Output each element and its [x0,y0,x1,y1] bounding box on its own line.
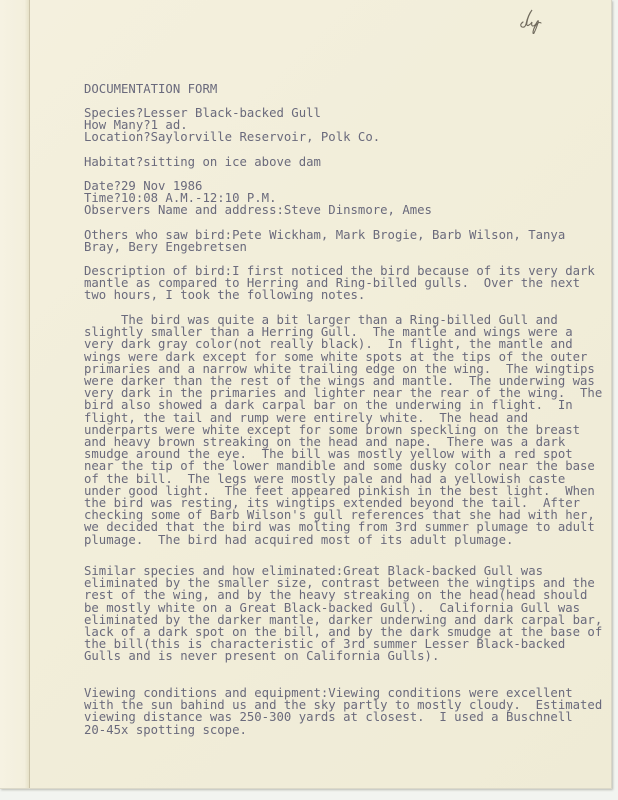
document-page: DOCUMENTATION FORM Species?Lesser Black-… [0,0,612,789]
date-time-observers-block: Date?29 Nov 1986 Time?10:08 A.M.-12:10 P… [84,180,432,217]
paper-bottom-edge [0,788,612,789]
paper-right-edge [611,0,612,789]
species-info-block: Species?Lesser Black-backed Gull How Man… [84,107,380,144]
page-left-fold-strip [0,0,29,789]
viewing-conditions-block: Viewing conditions and equipment:Viewing… [84,687,602,736]
handwritten-initials-mark [516,6,554,34]
document-title: DOCUMENTATION FORM [84,83,217,95]
others-who-saw-bird-block: Others who saw bird:Pete Wickham, Mark B… [84,229,565,253]
description-notes-block: The bird was quite a bit larger than a R… [84,314,602,546]
habitat-block: Habitat?sitting on ice above dam [84,156,321,168]
similar-species-block: Similar species and how eliminated:Great… [84,565,602,663]
description-intro-block: Description of bird:I first noticed the … [84,265,595,302]
fold-crease-line [29,0,30,789]
